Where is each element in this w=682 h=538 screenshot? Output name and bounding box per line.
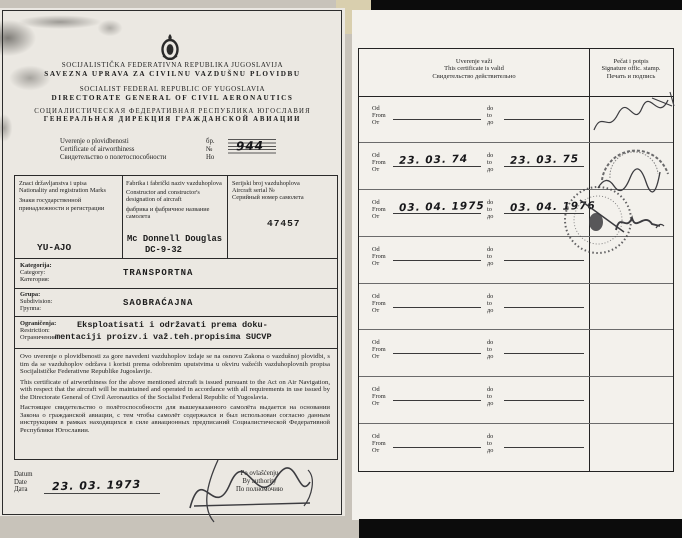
number-abbr-sr: бр. [206,138,215,146]
from-labels: OdFromОт [372,199,386,220]
from-labels: OdFromОт [372,246,386,267]
yugoslav-coat-of-arms-icon [161,34,179,60]
serial-label: Serijski broj vazduhoplova Aircraft seri… [232,180,332,202]
authority-signature [160,456,325,524]
certificate-number-value: 944 [236,139,264,154]
aircraft-data-table: Znaci državljanstva i upisa Nationality … [14,175,338,460]
stamp-label-sr: Pečat i potpis [589,58,673,65]
valid-label-sr: Uverenje važi [359,58,589,65]
to-labels: dotoдо [487,339,493,360]
serial-label-ru: Серийный номер самолета [232,194,332,201]
row-divider [15,316,337,317]
legal-paragraph-en: This certificate of airworthiness for th… [20,379,330,402]
from-field [393,434,481,448]
to-field [504,434,584,448]
category-label-en: Category: [20,269,52,276]
restriction-label: Ograničenja: Restriction: Ограничения [20,320,56,341]
to-labels: dotoдо [487,152,493,173]
valid-label-en: This certificate is valid [359,65,589,72]
from-labels: OdFromОт [372,105,386,126]
valid-label-ru: Свидетельство действительно [359,73,589,80]
validity-row: OdFromОт dotoдо [359,377,673,424]
number-abbr-en: № [206,146,215,154]
restriction-value-line2: mentaciji proizv.i važ.teh.propisima SUC… [55,332,272,342]
date-label-en: Date [14,479,33,487]
from-labels: OdFromОт [372,339,386,360]
legal-paragraph-sr: Ovo uverenje o plovidbenosti za gore nav… [20,353,330,376]
from-field [393,387,481,401]
certificate-title-sr: Uverenje o plovidbenosti [60,138,166,146]
date-value: 23. 03. 1973 [52,478,142,493]
to-value: 23. 03. 75 [510,153,579,167]
country-name-sr: SOCIJALISTIČKA FEDERATIVNA REPUBLIKA JUG… [0,61,345,69]
to-field [504,106,584,120]
serial-label-sr: Serijski broj vazduhoplova [232,180,332,187]
legal-paragraph-ru: Настоящее свидетельство о полётоспособно… [20,404,330,434]
certificate-title-en: Certificate of airworthiness [60,146,166,154]
row-divider [15,258,337,259]
from-field [393,294,481,308]
from-field: 23. 03. 74 [393,153,481,167]
number-abbr-ru: Но [206,154,215,162]
validity-right-page: Uverenje važi This certificate is valid … [352,10,682,520]
to-labels: dotoдо [487,433,493,454]
to-field [504,294,584,308]
validity-row: OdFromОт dotoдо [359,330,673,377]
serial-label-en: Aircraft serial № [232,187,332,194]
to-labels: dotoдо [487,246,493,267]
constructor-label-en: Constructor and constructor's designatio… [126,189,222,203]
validity-row: OdFromОт dotoдо [359,284,673,331]
date-label: Datum Date Дата [14,471,33,494]
category-label: Kategorija: Category: Категория: [20,262,52,283]
date-field: 23. 03. 1973 [44,471,160,494]
legal-paragraphs: Ovo uverenje o plovidbenosti za gore nav… [20,353,330,437]
category-label-ru: Категория: [20,276,52,283]
registration-label-ru: Знаки государственной принадлежности и р… [19,197,117,211]
official-stamp-row3-icon [560,182,670,256]
country-name-en: SOCIALIST FEDERAL REPUBLIC OF YUGOSLAVIA [0,85,345,93]
registration-label: Znaci državljanstva i upisa Nationality … [19,180,117,212]
to-labels: dotoдо [487,199,493,220]
validity-row: OdFromОт dotoдо [359,424,673,470]
group-label-en: Subdivision: [20,298,52,305]
from-value: 23. 03. 74 [399,153,468,167]
group-value: SAOBRAĆAJNA [123,298,193,308]
from-field [393,247,481,261]
group-label: Grupa: Subdivision: Группа: [20,291,52,312]
from-field: 03. 04. 1975 [393,200,481,214]
to-labels: dotoдо [487,386,493,407]
serial-value: 47457 [267,218,301,229]
certificate-number-box: 944 [228,139,276,156]
restriction-label-sr: Ograničenja: [20,320,56,327]
group-label-ru: Группа: [20,305,52,312]
scan-black-edge-top [371,0,682,10]
category-label-sr: Kategorija: [20,262,52,269]
column-divider [122,176,123,258]
from-labels: OdFromОт [372,152,386,173]
from-labels: OdFromОт [372,433,386,454]
certificate-title: Uverenje o plovidbenosti Certificate of … [60,138,166,162]
from-value: 03. 04. 1975 [399,200,485,214]
to-labels: dotoдо [487,293,493,314]
country-name-ru: СОЦИАЛИСТИЧЕСКАЯ ФЕДЕРАТИВНАЯ РЕСПУБЛИКА… [0,108,345,115]
to-labels: dotoдо [487,105,493,126]
scan-black-edge-bottom [359,519,682,538]
restriction-value-line1: Eksploatisati i održavati prema doku- [77,320,268,330]
row-divider [15,288,337,289]
agency-name-en: DIRECTORATE GENERAL OF CIVIL AERONAUTICS [0,94,345,102]
row-divider [15,348,337,349]
date-label-ru: Дата [14,486,33,494]
certificate-left-page: SOCIJALISTIČKA FEDERATIVNA REPUBLIKA JUG… [0,8,345,516]
to-field: 23. 03. 75 [504,153,584,167]
constructor-value-line2: DC-9-32 [145,245,182,255]
to-field [504,387,584,401]
constructor-label-ru: фабрика и фабричное название самолета [126,206,222,220]
stamp-label-en: Signature offic. stamp. [589,65,673,72]
registration-value: YU-AJO [37,242,71,253]
registration-label-en: Nationality and registration Marks [19,187,117,194]
category-value: TRANSPORTNA [123,268,193,278]
group-label-sr: Grupa: [20,291,52,298]
from-field [393,106,481,120]
from-labels: OdFromОт [372,386,386,407]
scanned-certificate-spread: SOCIJALISTIČKA FEDERATIVNA REPUBLIKA JUG… [0,0,682,538]
certificate-title-ru: Свидетельство о полетоспособности [60,154,166,162]
registration-label-sr: Znaci državljanstva i upisa [19,180,117,187]
date-label-sr: Datum [14,471,33,479]
validity-header-cell: Uverenje važi This certificate is valid … [359,49,589,97]
number-abbreviations: бр. № Но [206,138,215,162]
restriction-label-en: Restriction: [20,327,56,334]
to-field [504,340,584,354]
constructor-label-sr: Fabrika i fabrički naziv vazduhoplova [126,180,222,187]
agency-header: SOCIJALISTIČKA FEDERATIVNA REPUBLIKA JUG… [0,60,345,123]
from-labels: OdFromОт [372,293,386,314]
stamp-label-ru: Печать и подпись [589,73,673,80]
restriction-label-ru: Ограничения [20,334,56,341]
column-divider [227,176,228,258]
agency-name-ru: ГЕНЕРАЛЬНАЯ ДИРЕКЦИЯ ГРАЖДАНСКОЙ АВИАЦИИ [0,116,345,123]
constructor-value-line1: Mc Donnell Douglas [127,234,222,244]
agency-name-sr: SAVEZNA UPRAVA ZA CIVILNU VAZDUŠNU PLOVI… [0,70,345,78]
constructor-label: Fabrika i fabrički naziv vazduhoplova Co… [126,180,222,220]
from-field [393,340,481,354]
